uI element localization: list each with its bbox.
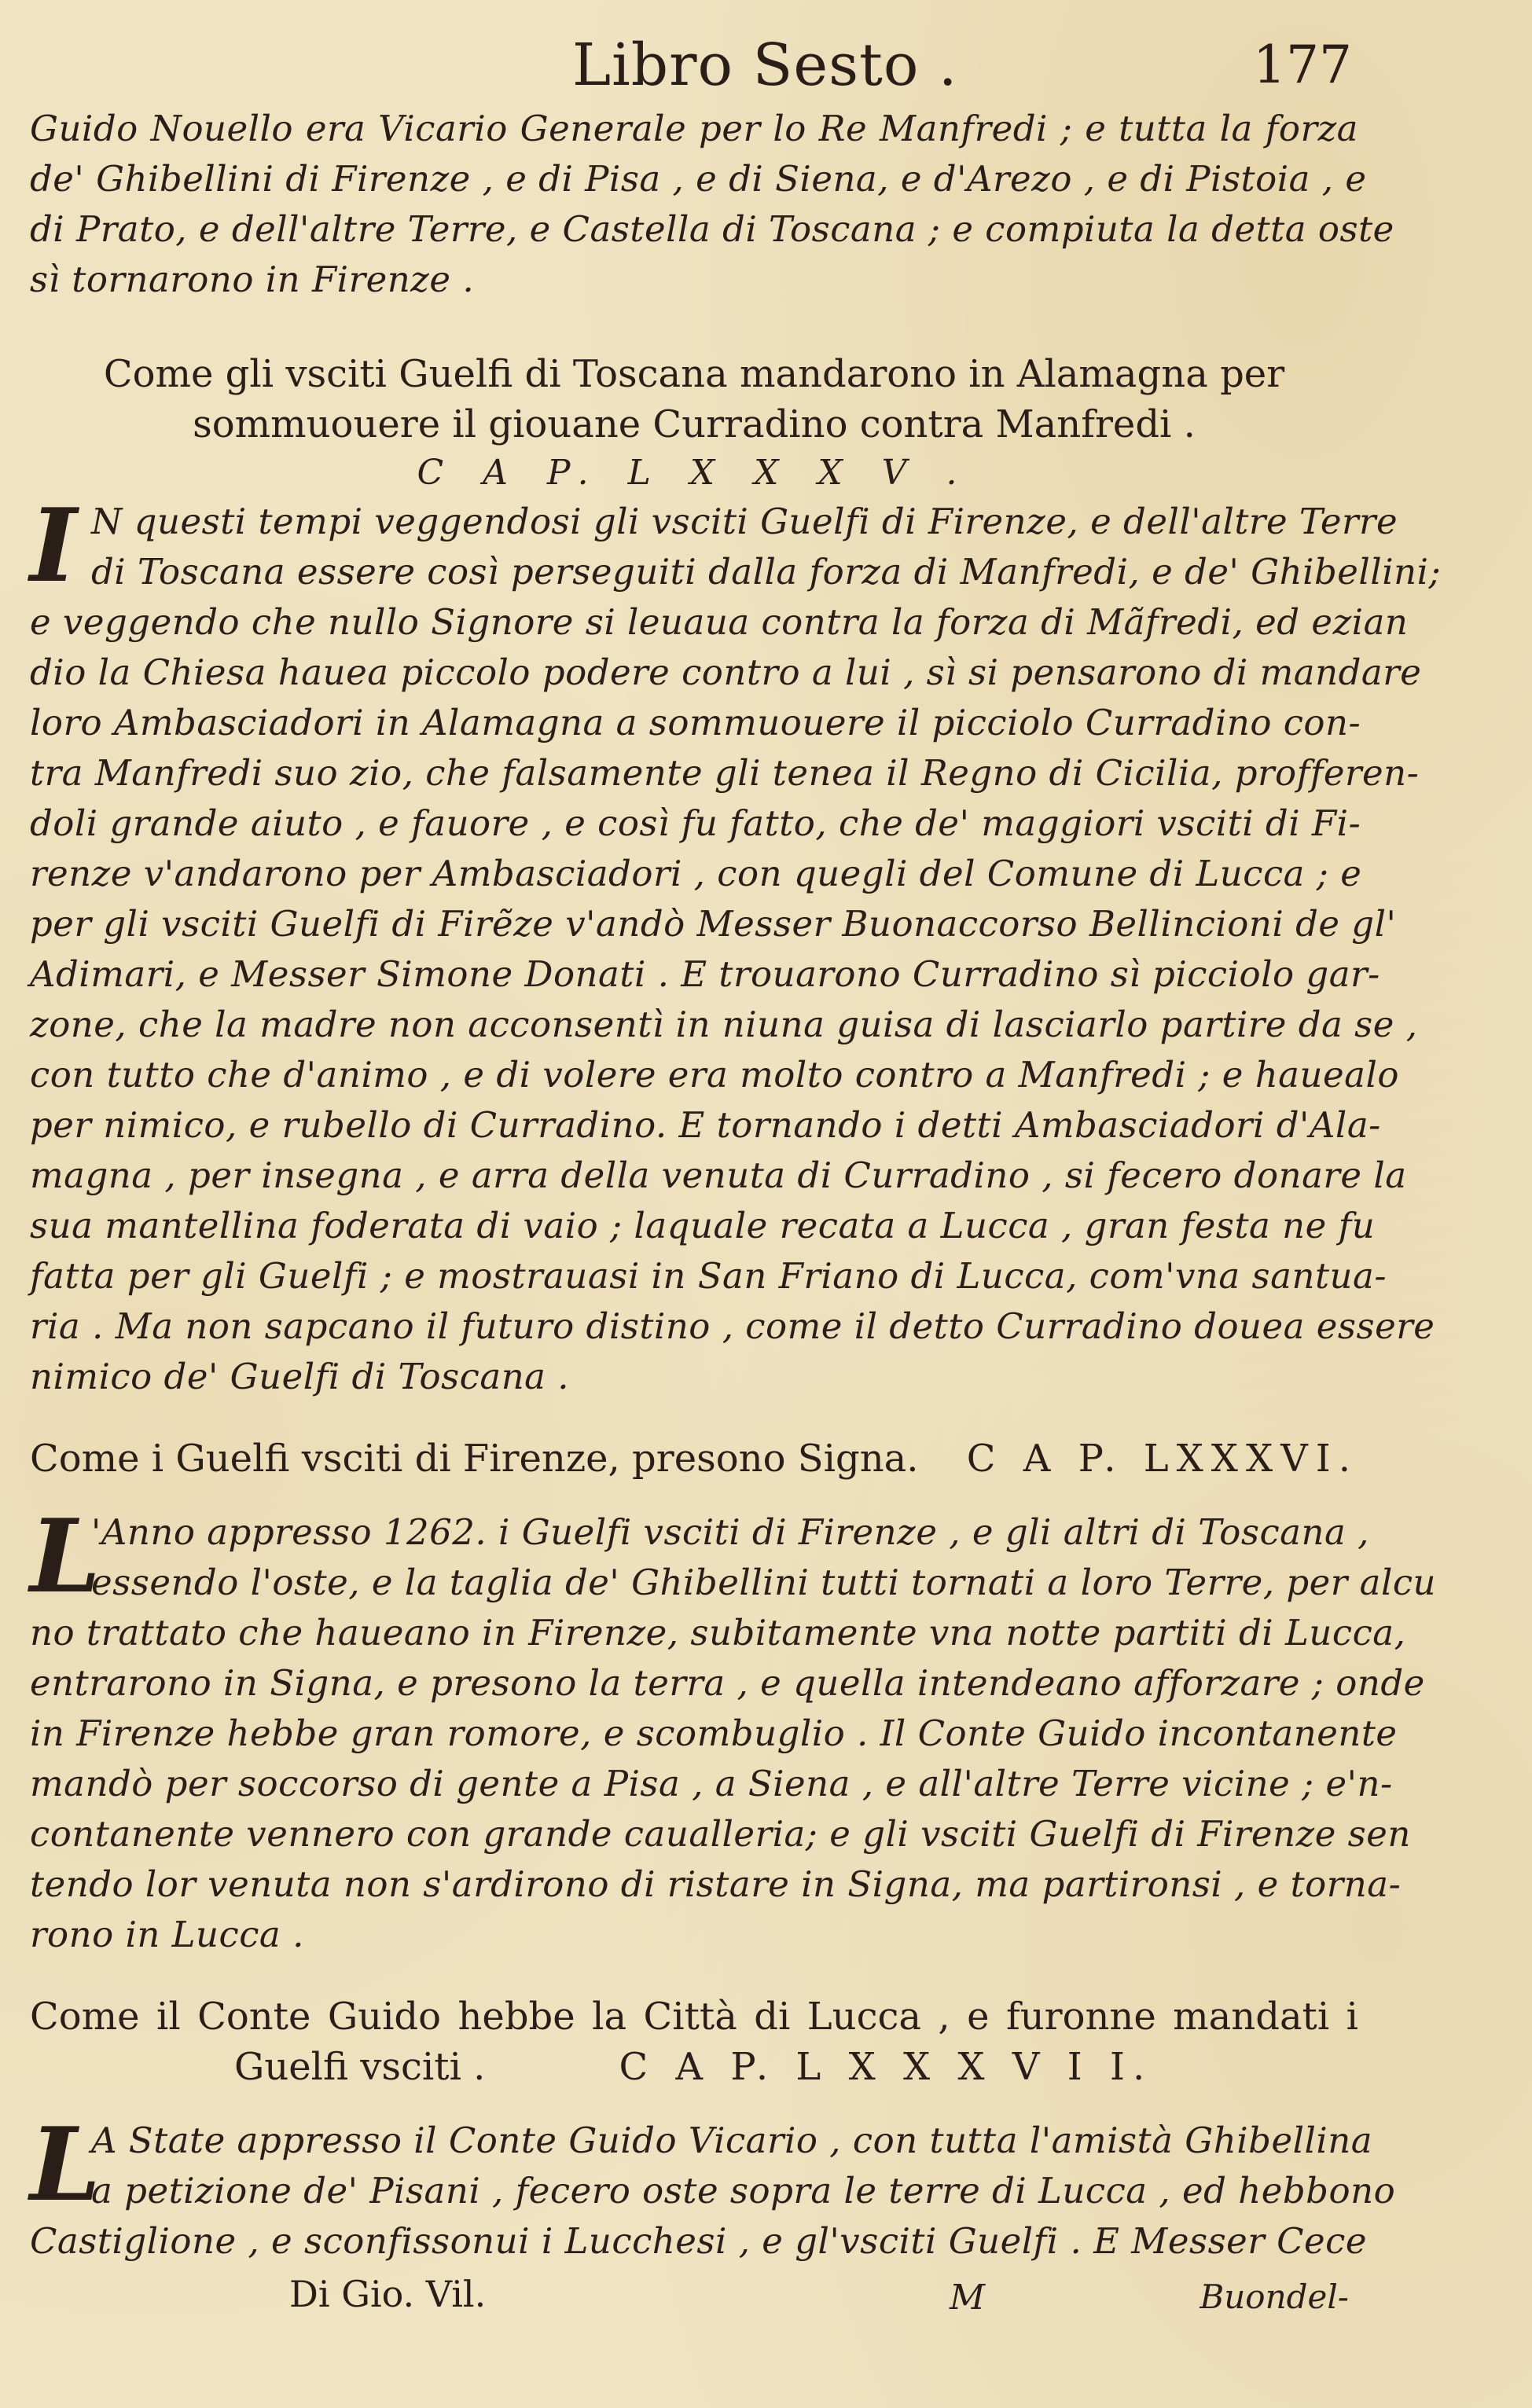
chapter-body-cont: e veggendo che nullo Signore si leuaua c… bbox=[30, 597, 1358, 1402]
catchword: Buondel- bbox=[1200, 2278, 1349, 2316]
text-line: de' Ghibellini di Firenze , e di Pisa , … bbox=[30, 154, 1358, 204]
text-line: 'Anno appresso 1262. i Guelfi vsciti di … bbox=[91, 1507, 1358, 1558]
text-line: Castiglione , e sconfissonui i Lucchesi … bbox=[30, 2216, 1358, 2267]
text-line: fatta per gli Guelfi ; e mostrauasi in S… bbox=[30, 1251, 1358, 1301]
text-line: renze v'andarono per Ambasciadori , con … bbox=[30, 849, 1358, 899]
footer-signature: Di Gio. Vil. bbox=[289, 2273, 486, 2315]
drop-cap: L bbox=[30, 1511, 101, 1603]
running-head: Libro Sesto . 177 bbox=[30, 31, 1358, 104]
chapter-number: C A P. LXXXVI. bbox=[967, 1433, 1358, 1484]
continuation-paragraph: Guido Nouello era Vicario Generale per l… bbox=[30, 104, 1358, 305]
text-line: Adimari, e Messer Simone Donati . E trou… bbox=[30, 949, 1358, 1000]
book-page: Libro Sesto . 177 Guido Nouello era Vica… bbox=[30, 31, 1358, 2336]
chapter-86: Come i Guelfi vsciti di Firenze, presono… bbox=[30, 1433, 1358, 1960]
text-line: ria . Ma non sapcano il futuro distino ,… bbox=[30, 1301, 1358, 1352]
chapter-number: C A P. L X X X V . bbox=[30, 450, 1358, 497]
chapter-heading: Come il Conte Guido hebbe la Città di Lu… bbox=[30, 1991, 1358, 2042]
text-line: tra Manfredi suo zio, che falsamente gli… bbox=[30, 748, 1358, 798]
heading-line: sommuouere il giouane Curradino contra M… bbox=[30, 399, 1358, 450]
text-line: rono in Lucca . bbox=[30, 1910, 1358, 1960]
text-line: di Toscana essere così perseguiti dalla … bbox=[91, 547, 1358, 597]
heading-line: Come gli vsciti Guelfi di Toscana mandar… bbox=[30, 349, 1358, 399]
text-line: loro Ambasciadori in Alamagna a sommuoue… bbox=[30, 698, 1358, 748]
chapter-number: C A P. L X X X V I I. bbox=[619, 2042, 1152, 2092]
text-line: magna , per insegna , e arra della venut… bbox=[30, 1151, 1358, 1201]
chapter-87: Come il Conte Guido hebbe la Città di Lu… bbox=[30, 1991, 1358, 2267]
text-line: Guido Nouello era Vicario Generale per l… bbox=[30, 104, 1358, 154]
text-line: no trattato che haueano in Firenze, subi… bbox=[30, 1608, 1358, 1658]
chapter-body: L A State appresso il Conte Guido Vicari… bbox=[30, 2116, 1358, 2216]
text-line: zone, che la madre non acconsentì in niu… bbox=[30, 1000, 1358, 1050]
text-line: mandò per soccorso di gente a Pisa , a S… bbox=[30, 1759, 1358, 1809]
text-line: entrarono in Signa, e presono la terra ,… bbox=[30, 1658, 1358, 1709]
text-line: A State appresso il Conte Guido Vicario … bbox=[91, 2116, 1358, 2166]
text-line: e veggendo che nullo Signore si leuaua c… bbox=[30, 597, 1358, 648]
text-line: essendo l'oste, e la taglia de' Ghibelli… bbox=[91, 1558, 1358, 1608]
chapter-heading: Come gli vsciti Guelfi di Toscana mandar… bbox=[30, 349, 1358, 450]
gathering-mark: M bbox=[950, 2278, 985, 2318]
text-line: di Prato, e dell'altre Terre, e Castella… bbox=[30, 204, 1358, 255]
page-footer: Di Gio. Vil. M Buondel- bbox=[30, 2273, 1358, 2336]
text-line: sua mantellina foderata di vaio ; laqual… bbox=[30, 1201, 1358, 1251]
chapter-heading-tail: Guelfi vsciti . C A P. L X X X V I I. bbox=[30, 2042, 1358, 2092]
text-line: tendo lor venuta non s'ardirono di rista… bbox=[30, 1859, 1358, 1910]
text-line: sì tornarono in Firenze . bbox=[30, 255, 1358, 305]
text-line: per gli vsciti Guelfi di Firẽze v'andò M… bbox=[30, 899, 1358, 949]
text-line: N questi tempi veggendosi gli vsciti Gue… bbox=[91, 497, 1358, 547]
text-line: per nimico, e rubello di Curradino. E to… bbox=[30, 1100, 1358, 1151]
heading-text: Come i Guelfi vsciti di Firenze, presono… bbox=[30, 1433, 918, 1484]
text-line: nimico de' Guelfi di Toscana . bbox=[30, 1352, 1358, 1402]
text-line: con tutto che d'animo , e di volere era … bbox=[30, 1050, 1358, 1100]
heading-line: Guelfi vsciti . bbox=[234, 2042, 485, 2092]
chapter-body: I N questi tempi veggendosi gli vsciti G… bbox=[30, 497, 1358, 597]
chapter-heading: Come i Guelfi vsciti di Firenze, presono… bbox=[30, 1433, 1358, 1484]
text-line: contanente vennero con grande caualleria… bbox=[30, 1809, 1358, 1859]
text-line: dio la Chiesa hauea piccolo podere contr… bbox=[30, 648, 1358, 698]
running-head-title: Libro Sesto . bbox=[572, 31, 957, 99]
text-line: a petizione de' Pisani , fecero oste sop… bbox=[91, 2166, 1358, 2216]
drop-cap: I bbox=[30, 500, 77, 593]
text-line: doli grande aiuto , e fauore , e così fu… bbox=[30, 798, 1358, 849]
text-line: in Firenze hebbe gran romore, e scombugl… bbox=[30, 1709, 1358, 1759]
chapter-body-cont: Castiglione , e sconfissonui i Lucchesi … bbox=[30, 2216, 1358, 2267]
heading-line: Come il Conte Guido hebbe la Città di Lu… bbox=[30, 1991, 1358, 2042]
page-number: 177 bbox=[1253, 35, 1352, 95]
chapter-85: Come gli vsciti Guelfi di Toscana mandar… bbox=[30, 349, 1358, 1402]
chapter-body: L 'Anno appresso 1262. i Guelfi vsciti d… bbox=[30, 1507, 1358, 1608]
chapter-body-cont: no trattato che haueano in Firenze, subi… bbox=[30, 1608, 1358, 1960]
drop-cap: L bbox=[30, 2119, 101, 2212]
